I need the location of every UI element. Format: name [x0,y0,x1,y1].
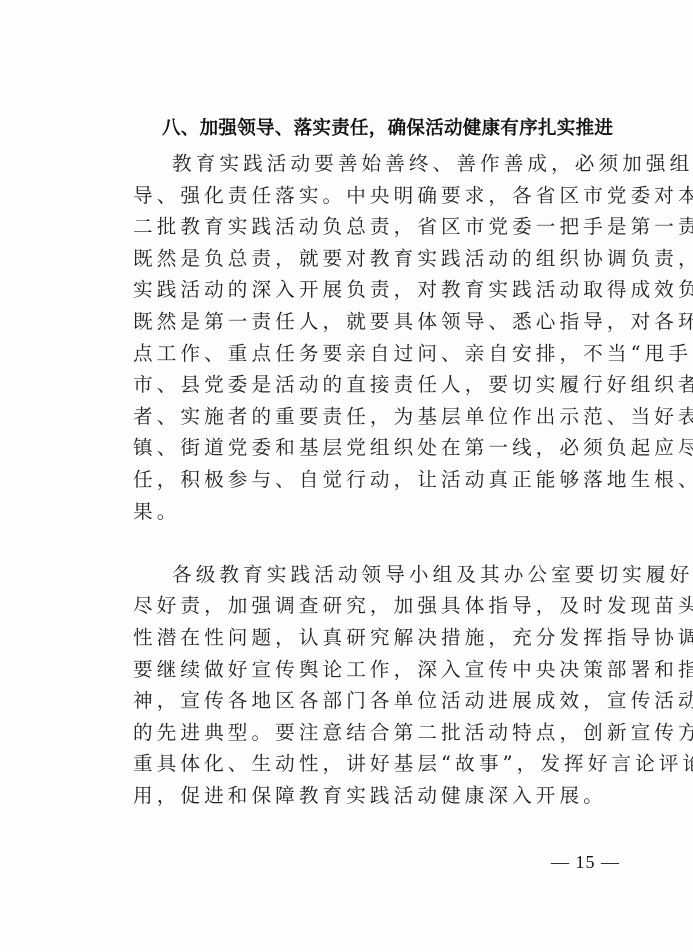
section-heading: 八、加强领导、落实责任，确保活动健康有序扎实推进 [162,114,582,140]
text-line: 导、强化责任落实。中央明确要求，各省区市党委对本地区第 [133,180,603,212]
page-number: — 15 — [551,852,620,873]
text-line: 镇、街道党委和基层党组织处在第一线，必须负起应尽的责 [133,432,603,464]
text-line: 性潜在性问题，认真研究解决措施，充分发挥指导协调作用。 [133,622,603,654]
text-line: 尽好责，加强调查研究，加强具体指导，及时发现苗头性倾向 [133,590,603,622]
text-line: 教育实践活动要善始善终、善作善成，必须加强组织领 [133,148,603,180]
text-line: 二批教育实践活动负总责，省区市党委一把手是第一责任人。 [133,211,603,243]
text-line: 用，促进和保障教育实践活动健康深入开展。 [133,780,603,812]
text-line: 实践活动的深入开展负责，对教育实践活动取得成效负责。 [133,274,603,306]
text-line: 的先进典型。要注意结合第二批活动特点，创新宣传方式，注 [133,717,603,749]
text-line: 既然是第一责任人，就要具体领导、悉心指导，对各环节的重 [133,306,603,338]
text-line: 市、县党委是活动的直接责任人，要切实履行好组织者、推动 [133,369,603,401]
text-line: 神，宣传各地区各部门各单位活动进展成效，宣传活动中涌现 [133,685,603,717]
paragraph-2: 各级教育实践活动领导小组及其办公室要切实履好职、 尽好责，加强调查研究，加强具体… [133,559,603,812]
text-line: 点工作、重点任务要亲自过问、亲自安排，不当“甩手掌柜”。 [133,338,603,370]
paragraph-gap [133,527,603,559]
text-line: 既然是负总责，就要对教育实践活动的组织协调负责，对教育 [133,243,603,275]
text-line: 果。 [133,496,603,528]
text-line: 任，积极参与、自觉行动，让活动真正能够落地生根、开花结 [133,464,603,496]
body-text: 教育实践活动要善始善终、善作善成，必须加强组织领 导、强化责任落实。中央明确要求… [133,148,603,811]
text-line: 者、实施者的重要责任，为基层单位作出示范、当好表率。乡 [133,401,603,433]
paragraph-1: 教育实践活动要善始善终、善作善成，必须加强组织领 导、强化责任落实。中央明确要求… [133,148,603,527]
document-page: 八、加强领导、落实责任，确保活动健康有序扎实推进 教育实践活动要善始善终、善作善… [0,0,693,952]
text-line: 各级教育实践活动领导小组及其办公室要切实履好职、 [133,559,603,591]
text-line: 要继续做好宣传舆论工作，深入宣传中央决策部署和指示精 [133,654,603,686]
text-line: 重具体化、生动性，讲好基层“故事”，发挥好言论评论的作 [133,748,603,780]
